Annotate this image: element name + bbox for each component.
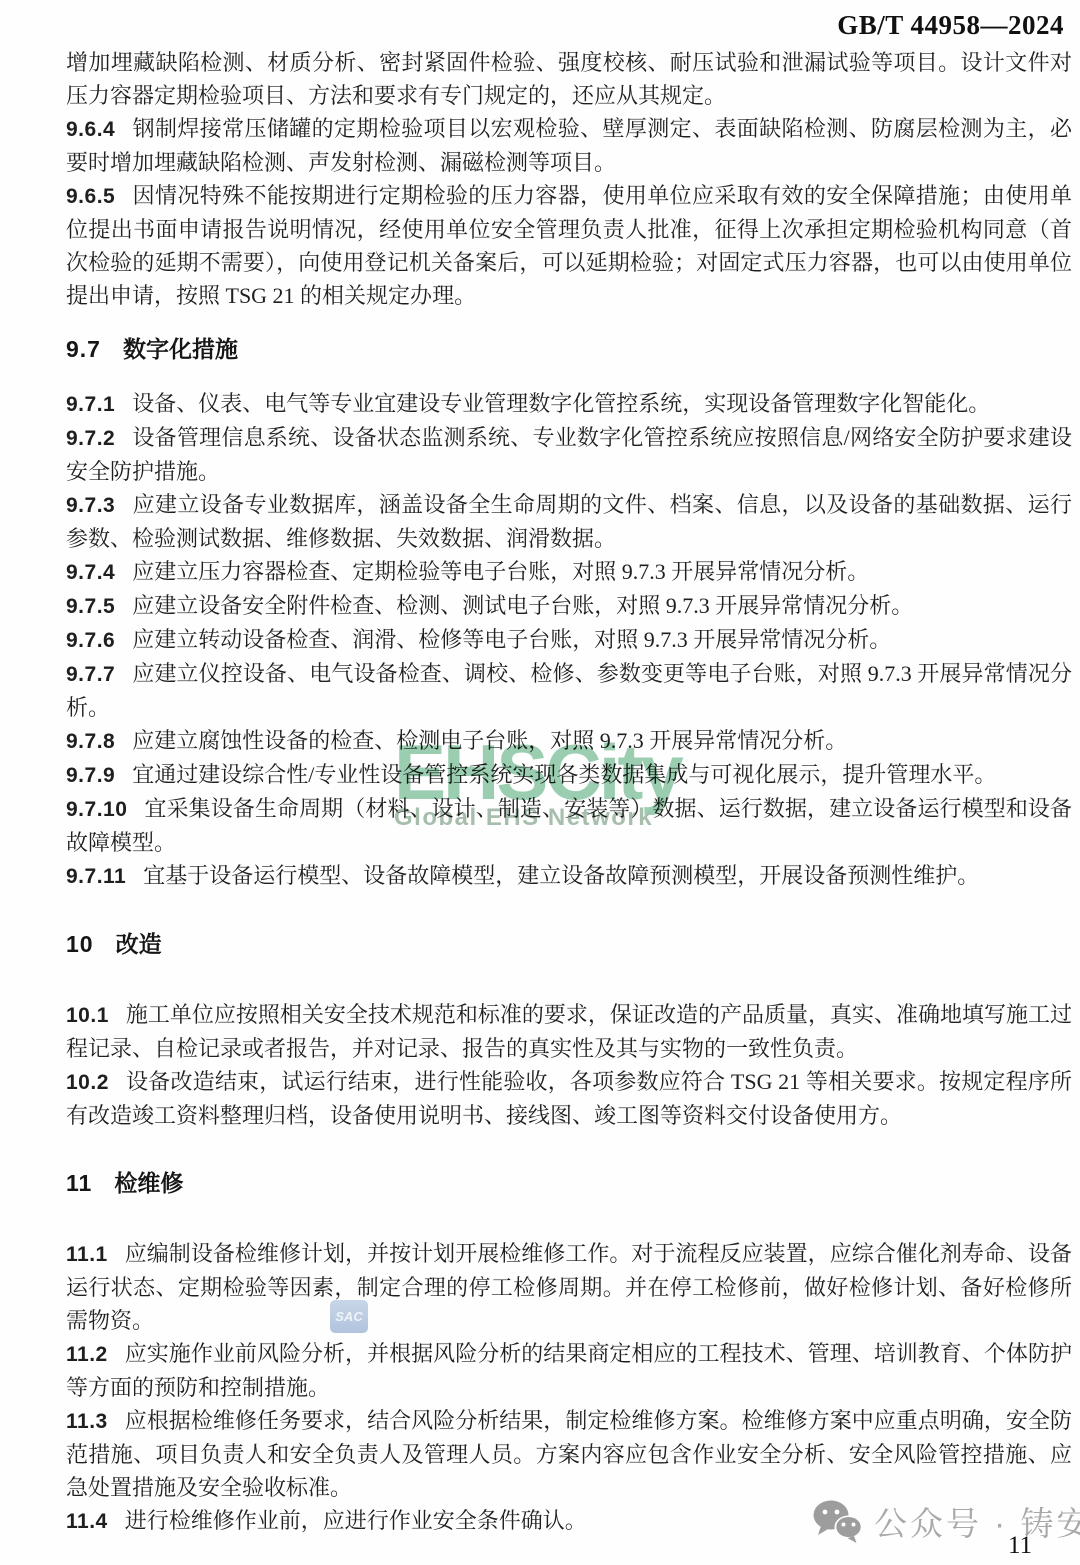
clause: 9.7.2设备管理信息系统、设备状态监测系统、专业数字化管控系统应按照信息/网络… [66,421,1072,488]
section-heading: 11检维修 [66,1166,1072,1201]
clause: 10.2设备改造结束，试运行结束，进行性能验收，各项参数应符合 TSG 21 等… [66,1065,1072,1132]
clause-text: 因情况特殊不能按期进行定期检验的压力容器，使用单位应采取有效的安全保障措施；由使… [66,183,1072,308]
section-heading: 9.7数字化措施 [66,332,1072,367]
document-body: 增加埋藏缺陷检测、材质分析、密封紧固件检验、强度校核、耐压试验和泄漏试验等项目。… [66,46,1072,1538]
clause-number: 9.7.9 [66,764,115,787]
clause-number: 9.7.7 [66,663,115,686]
clause: 9.7.8应建立腐蚀性设备的检查、检测电子台账，对照 9.7.3 开展异常情况分… [66,724,1072,758]
clause-text: 应建立设备安全附件检查、检测、测试电子台账，对照 9.7.3 开展异常情况分析。 [132,593,913,618]
clause-text: 设备管理信息系统、设备状态监测系统、专业数字化管控系统应按照信息/网络安全防护要… [66,425,1072,484]
clause-text: 应建立压力容器检查、定期检验等电子台账，对照 9.7.3 开展异常情况分析。 [132,559,869,584]
clause-number: 9.6.4 [66,118,115,141]
clause-number: 11.4 [66,1510,108,1533]
clause-number: 9.7.5 [66,595,115,618]
clause-number: 9.7.3 [66,494,115,517]
clause-text: 设备改造结束，试运行结束，进行性能验收，各项参数应符合 TSG 21 等相关要求… [66,1069,1072,1128]
clause: 10.1施工单位应按照相关安全技术规范和标准的要求，保证改造的产品质量，真实、准… [66,998,1072,1065]
clause-text: 钢制焊接常压储罐的定期检验项目以宏观检验、壁厚测定、表面缺陷检测、防腐层检测为主… [66,116,1072,175]
clause: 11.3应根据检维修任务要求，结合风险分析结果，制定检维修方案。检维修方案中应重… [66,1404,1072,1504]
clause: 9.7.9宜通过建设综合性/专业性设备管控系统实现各类数据集成与可视化展示，提升… [66,758,1072,792]
section-title: 检维修 [114,1170,183,1196]
clause-text: 应实施作业前风险分析，并根据风险分析的结果商定相应的工程技术、管理、培训教育、个… [66,1341,1072,1400]
clause-text: 应建立仪控设备、电气设备检查、调校、检修、参数变更等电子台账，对照 9.7.3 … [66,661,1072,720]
section-number: 9.7 [66,336,101,362]
paragraph: 增加埋藏缺陷检测、材质分析、密封紧固件检验、强度校核、耐压试验和泄漏试验等项目。… [66,46,1072,112]
clause-text: 施工单位应按照相关安全技术规范和标准的要求，保证改造的产品质量，真实、准确地填写… [66,1002,1072,1061]
clause-text: 宜基于设备运行模型、设备故障模型，建立设备故障预测模型，开展设备预测性维护。 [143,863,979,888]
clause-number: 9.6.5 [66,185,115,208]
section-title: 改造 [116,931,162,957]
clause: 9.6.4钢制焊接常压储罐的定期检验项目以宏观检验、壁厚测定、表面缺陷检测、防腐… [66,112,1072,179]
clause: 11.2应实施作业前风险分析，并根据风险分析的结果商定相应的工程技术、管理、培训… [66,1337,1072,1404]
clause-text: 宜通过建设综合性/专业性设备管控系统实现各类数据集成与可视化展示，提升管理水平。 [132,762,996,787]
wechat-icon [812,1499,864,1545]
clause: 9.7.7应建立仪控设备、电气设备检查、调校、检修、参数变更等电子台账，对照 9… [66,657,1072,724]
clause-number: 9.7.11 [66,865,126,888]
wechat-account-label: 公众号 · 铸安 [874,1498,1080,1545]
clause-number: 11.2 [66,1343,108,1366]
clause-number: 9.7.1 [66,393,115,416]
clause-number: 9.7.6 [66,629,115,652]
wechat-footer: 公众号 · 铸安 [812,1498,1080,1545]
clause-number: 9.7.10 [66,798,127,821]
clause: 9.6.5因情况特殊不能按期进行定期检验的压力容器，使用单位应采取有效的安全保障… [66,179,1072,312]
clause-text: 应建立腐蚀性设备的检查、检测电子台账，对照 9.7.3 开展异常情况分析。 [132,728,847,753]
clause-number: 10.2 [66,1071,109,1094]
clause: 9.7.10宜采集设备生命周期（材料、设计、制造、安装等）数据、运行数据，建立设… [66,792,1072,859]
clause-number: 9.7.4 [66,561,115,584]
document-page: GB/T 44958—2024 SAC 增加埋藏缺陷检测、材质分析、密封紧固件检… [0,0,1080,1565]
clause-text: 应根据检维修任务要求，结合风险分析结果，制定检维修方案。检维修方案中应重点明确，… [66,1408,1072,1500]
clause-number: 11.1 [66,1243,108,1266]
section-title: 数字化措施 [123,336,238,362]
clause: 9.7.5应建立设备安全附件检查、检测、测试电子台账，对照 9.7.3 开展异常… [66,589,1072,623]
clause: 9.7.3应建立设备专业数据库，涵盖设备全生命周期的文件、档案、信息，以及设备的… [66,488,1072,555]
clause-text: 应建立转动设备检查、润滑、检修等电子台账，对照 9.7.3 开展异常情况分析。 [132,627,891,652]
clause-number: 9.7.8 [66,730,115,753]
clause: 9.7.11宜基于设备运行模型、设备故障模型，建立设备故障预测模型，开展设备预测… [66,859,1072,893]
clause-number: 9.7.2 [66,427,115,450]
clause-text: 进行检维修作业前，应进行作业安全条件确认。 [125,1508,587,1533]
clause: 9.7.6应建立转动设备检查、润滑、检修等电子台账，对照 9.7.3 开展异常情… [66,623,1072,657]
clause-text: 应编制设备检维修计划，并按计划开展检维修工作。对于流程反应装置，应综合催化剂寿命… [66,1241,1072,1333]
clause-number: 10.1 [66,1004,109,1027]
paragraph-text: 增加埋藏缺陷检测、材质分析、密封紧固件检验、强度校核、耐压试验和泄漏试验等项目。… [66,50,1072,108]
clause-text: 宜采集设备生命周期（材料、设计、制造、安装等）数据、运行数据，建立设备运行模型和… [66,796,1072,855]
clause: 11.1应编制设备检维修计划，并按计划开展检维修工作。对于流程反应装置，应综合催… [66,1237,1072,1337]
standard-code-header: GB/T 44958—2024 [837,10,1064,41]
clause: 9.7.1设备、仪表、电气等专业宜建设专业管理数字化管控系统，实现设备管理数字化… [66,387,1072,421]
section-heading: 10改造 [66,927,1072,962]
clause-text: 应建立设备专业数据库，涵盖设备全生命周期的文件、档案、信息，以及设备的基础数据、… [66,492,1072,551]
clause-number: 11.3 [66,1410,108,1433]
section-number: 10 [66,931,94,957]
clause: 9.7.4应建立压力容器检查、定期检验等电子台账，对照 9.7.3 开展异常情况… [66,555,1072,589]
clause-text: 设备、仪表、电气等专业宜建设专业管理数字化管控系统，实现设备管理数字化智能化。 [132,391,990,416]
page-number: 11 [1008,1532,1032,1560]
section-number: 11 [66,1170,92,1196]
